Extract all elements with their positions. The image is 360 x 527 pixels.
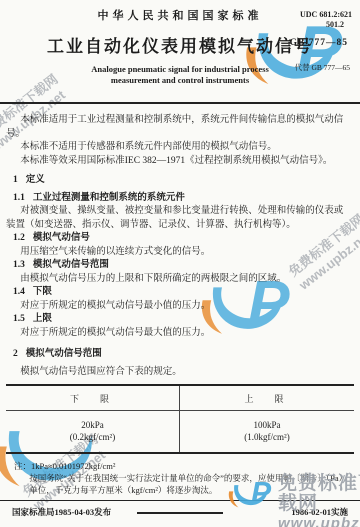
- section-title: 下限: [33, 287, 52, 297]
- section-body-1-4: 对应于所规定的模拟气动信号最小值的压力。: [6, 300, 352, 314]
- table-cell-lower-limit: 20kPa (0.2kgf/cm²): [6, 411, 180, 452]
- footer-divider: [0, 500, 360, 501]
- section-number: 1.1: [13, 193, 25, 203]
- section-heading-1-2: 1.2模拟气动信号: [13, 232, 352, 246]
- intro-paragraph: 本标准适用于工业过程测量和控制系统中，系统元件间传输信息的模拟气动信号。: [6, 114, 352, 141]
- section-body-1-2: 用压缩空气来传输的以连续方式变化的信号。: [6, 246, 352, 260]
- section-title: 上限: [33, 314, 52, 324]
- section-body-2: 模拟气动信号范围应符合下表的规定。: [6, 366, 352, 380]
- section-number: 1.5: [13, 314, 25, 324]
- header-divider: [0, 102, 360, 104]
- section-number: 1.2: [13, 233, 25, 243]
- section-number: 1: [13, 175, 18, 185]
- title-en-line2: measurement and control instruments: [0, 75, 360, 86]
- document-footer: 国家标准局1985-04-03发布 1986-02-01实施: [0, 506, 360, 518]
- section-body-1-1: 对被测变量、操纵变量、被控变量和参比变量进行转换、处理和传输的仪表或装置（如变送…: [6, 205, 352, 232]
- upper-limit-kgf: (1.0kgf/cm²): [180, 431, 354, 443]
- lower-limit-kpa: 20kPa: [6, 419, 179, 431]
- section-heading-1-3: 1.3模拟气动信号范围: [13, 259, 352, 273]
- issued-date: 国家标准局1985-04-03发布: [12, 506, 111, 518]
- section-heading-1: 1定义: [13, 174, 352, 188]
- udc-line1: UDC 681.2:621: [300, 10, 352, 20]
- section-body-1-5: 对应于所规定的模拟气动信号最大值的压力。: [6, 327, 352, 341]
- note-conversion: 注：1kPa≈0.0101972kgf/cm²: [14, 460, 350, 472]
- table-cell-upper-limit: 100kPa (1.0kgf/cm²): [180, 411, 354, 452]
- signal-range-table: 下 限 上 限 20kPa (0.2kgf/cm²) 100kPa (1.0kg…: [6, 384, 354, 454]
- intro-paragraph: 本标准等效采用国际标准IEC 382—1971《过程控制系统用模拟气动信号》。: [6, 155, 352, 169]
- section-title: 模拟气动信号范围: [33, 260, 109, 270]
- udc-code: UDC 681.2:621 501.2: [300, 10, 352, 30]
- section-heading-1-4: 1.4下限: [13, 286, 352, 300]
- table-note: 注：1kPa≈0.0101972kgf/cm² 按国务院“关于在我国统一实行法定…: [14, 460, 350, 496]
- section-heading-1-5: 1.5上限: [13, 313, 352, 327]
- intro-paragraph: 本标准不适用于传感器和系统元件内部使用的模拟气动信号。: [6, 141, 352, 155]
- table-header-lower-limit: 下 限: [6, 386, 180, 411]
- section-number: 1.4: [13, 287, 25, 297]
- section-title: 模拟气动信号: [33, 233, 90, 243]
- replaces-note: 代替 GB 777—65: [295, 62, 350, 73]
- section-body-1-3: 由模拟气动信号压力的上限和下限所确定的两极限之间的区域。: [6, 273, 352, 287]
- standard-number: GB 777—85: [290, 38, 348, 48]
- note-units-policy: 按国务院“关于在我国统一实行法定计量单位的命令”的要求，应使用帕〔斯卡〕（Pa）…: [14, 472, 350, 496]
- upper-limit-kpa: 100kPa: [180, 419, 354, 431]
- section-heading-2: 2模拟气动信号范围: [13, 348, 352, 362]
- document-header: 中华人民共和国国家标准 UDC 681.2:621 501.2 工业自动化仪表用…: [0, 0, 360, 104]
- section-heading-1-1: 1.1工业过程测量和控制系统的系统元件: [13, 192, 352, 206]
- lower-limit-kgf: (0.2kgf/cm²): [6, 431, 179, 443]
- section-title: 定义: [26, 175, 45, 185]
- section-number: 2: [13, 349, 18, 359]
- section-number: 1.3: [13, 260, 25, 270]
- section-title: 工业过程测量和控制系统的系统元件: [33, 193, 185, 203]
- table-header-upper-limit: 上 限: [180, 386, 354, 411]
- intro-paragraphs: 本标准适用于工业过程测量和控制系统中，系统元件间传输信息的模拟气动信号。 本标准…: [6, 114, 352, 168]
- udc-line2: 501.2: [300, 20, 352, 30]
- section-title: 模拟气动信号范围: [26, 349, 102, 359]
- implemented-date: 1986-02-01实施: [291, 506, 348, 518]
